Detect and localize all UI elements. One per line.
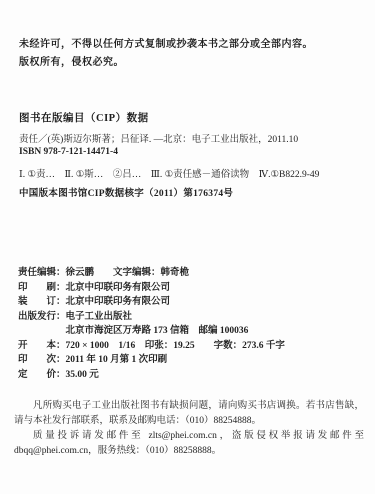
purchase-service-notice: 凡所购买电子工业出版社图书有缺损问题，请向购买书店调换。若书店售缺，请与本社发行…	[14, 399, 364, 459]
notice-paragraph-exchange: 凡所购买电子工业出版社图书有缺损问题，请向购买书店调换。若书店售缺，请与本社发行…	[14, 399, 364, 429]
copyright-line-1: 未经许可，不得以任何方式复制或抄袭本书之部分或全部内容。	[19, 36, 313, 54]
copyright-line-2: 版权所有，侵权必究。	[19, 54, 313, 72]
cip-heading: 图书在版编目（CIP）数据	[19, 110, 149, 125]
cip-record-number: 中国版本图书馆CIP数据核字（2011）第176374号	[19, 185, 233, 199]
notice-paragraph-contact: 质量投诉请发邮件至 zlts@phei.com.cn，盗版侵权举报请发邮件至 d…	[14, 429, 364, 459]
colophon-line-format: 开 本：720 × 1000 1/16 印张：19.25 字数：273.6 千字	[18, 339, 285, 354]
colophon-line-address: 北京市海淀区万寿路 173 信箱 邮编 100036	[18, 324, 285, 339]
colophon-line-binder: 装 订：北京中印联印务有限公司	[18, 295, 285, 310]
cip-catalog-entry: 责任／(英)斯迈尔斯著；吕征译. —北京：电子工业出版社，2011.10	[19, 131, 298, 145]
colophon-line-publisher: 出版发行：电子工业出版社	[18, 310, 285, 325]
cip-classification: Ⅰ. ①责… Ⅱ. ①斯… ②吕… Ⅲ. ①责任感－通俗读物 Ⅳ.①B822.9…	[19, 166, 319, 180]
book-copyright-page: 未经许可，不得以任何方式复制或抄袭本书之部分或全部内容。 版权所有，侵权必究。 …	[0, 0, 375, 494]
colophon-line-editor: 责任编辑：徐云鹏 文字编辑：韩奇桅	[18, 266, 285, 281]
colophon-block: 责任编辑：徐云鹏 文字编辑：韩奇桅 印 刷：北京中印联印务有限公司 装 订：北京…	[18, 266, 285, 382]
colophon-line-print-run: 印 次：2011 年 10 月第 1 次印刷	[18, 353, 285, 368]
copyright-notice: 未经许可，不得以任何方式复制或抄袭本书之部分或全部内容。 版权所有，侵权必究。	[19, 36, 313, 72]
colophon-line-price: 定 价：35.00 元	[18, 368, 285, 383]
isbn-number: ISBN 978-7-121-14471-4	[19, 147, 118, 157]
colophon-line-printer: 印 刷：北京中印联印务有限公司	[18, 281, 285, 296]
